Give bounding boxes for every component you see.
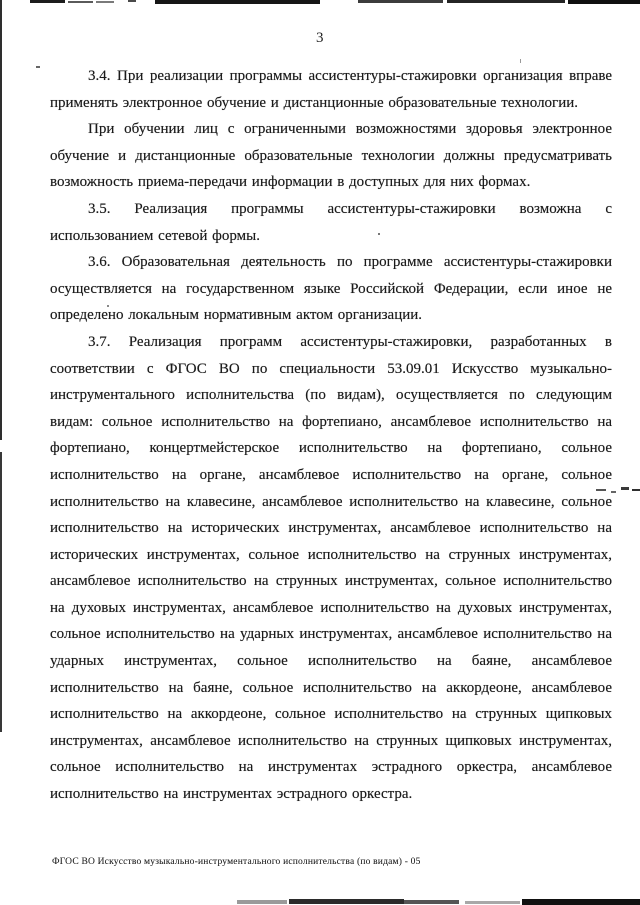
scan-artifact-top (358, 0, 443, 3)
scan-artifact-top (68, 1, 93, 3)
scanned-document-page: 3 3.4. При реализации программы ассистен… (0, 0, 640, 905)
scan-artifact-dash (632, 489, 640, 491)
scan-artifact-top (30, 0, 65, 3)
scan-artifact-bottom (465, 901, 520, 904)
scan-artifact-left-edge (0, 0, 2, 440)
scan-artifact-left-edge (0, 452, 2, 732)
scan-artifact-top (447, 0, 565, 3)
page-number: 3 (0, 30, 640, 47)
scan-artifact-top (128, 0, 136, 2)
paragraph-3-7: 3.7. Реализация программ ассистентуры-ст… (50, 329, 612, 808)
scan-artifact-top (155, 0, 320, 4)
scan-artifact-top (568, 0, 640, 4)
scan-artifact-bottom (404, 900, 459, 904)
scan-artifact-bottom (289, 899, 404, 904)
scan-speck (36, 66, 40, 68)
scan-artifact-bottom (522, 899, 640, 905)
paragraph-3-4-note: При обучении лиц с ограниченными возможн… (50, 116, 612, 196)
paragraph-3-5: 3.5. Реализация программы ассистентуры-с… (50, 196, 612, 249)
scan-artifact-dash (621, 487, 629, 490)
document-footer: ФГОС ВО Искусство музыкально-инструмента… (52, 857, 592, 867)
document-body: 3.4. При реализации программы ассистенту… (50, 63, 612, 808)
paragraph-3-6: 3.6. Образовательная деятельность по про… (50, 249, 612, 329)
scan-artifact-top (96, 1, 114, 3)
paragraph-3-4: 3.4. При реализации программы ассистенту… (50, 63, 612, 116)
scan-artifact-bottom (237, 900, 287, 904)
